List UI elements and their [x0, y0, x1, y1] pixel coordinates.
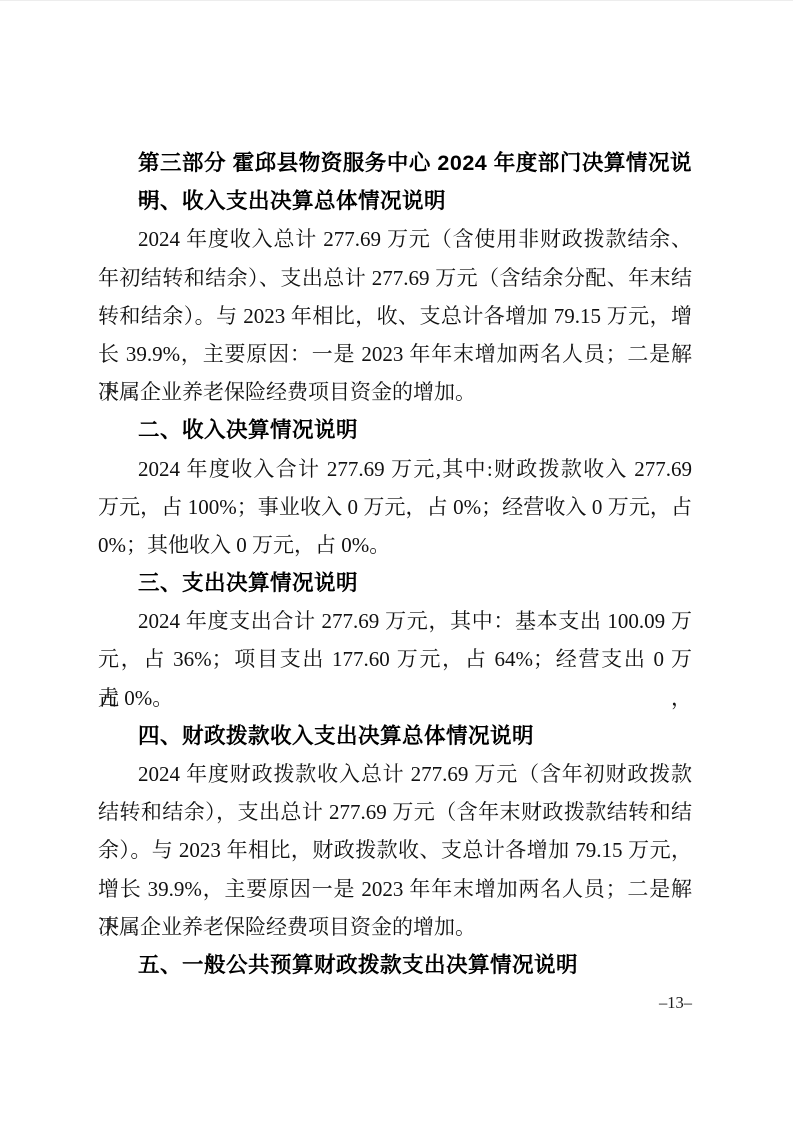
paragraph-line: 0%；其他收入 0 万元，占 0%。 [98, 526, 692, 564]
paragraph-line: 增长 39.9%，主要原因一是 2023 年年末增加两名人员；二是解决 [98, 870, 692, 908]
paragraph-line: 年初结转和结余）、支出总计 277.69 万元（含结余分配、年末结 [98, 259, 692, 297]
paragraph-line: 2024 年度收入总计 277.69 万元（含使用非财政拨款结余、 [98, 220, 692, 258]
paragraph-line: 2024 年度支出合计 277.69 万元，其中：基本支出 100.09 万 [98, 602, 692, 640]
paragraph-line: 下属企业养老保险经费项目资金的增加。 [98, 908, 692, 946]
document-page: { "page": { "number": "–13–" }, "documen… [0, 0, 793, 1122]
paragraph-line: 余）。与 2023 年相比，财政拨款收、支总计各增加 79.15 万元， [98, 831, 692, 869]
paragraph-line: 2024 年度收入合计 277.69 万元,其中:财政拨款收入 277.69 [98, 450, 692, 488]
paragraph-line: 转和结余）。与 2023 年相比，收、支总计各增加 79.15 万元，增 [98, 297, 692, 335]
paragraph-line: 元，占 36%；项目支出 177.60 万元，占 64%；经营支出 0 万元， [98, 640, 692, 678]
paragraph-line: 结转和结余），支出总计 277.69 万元（含年末财政拨款结转和结 [98, 793, 692, 831]
paragraph-line: 长 39.9%，主要原因：一是 2023 年年末增加两名人员；二是解决 [98, 335, 692, 373]
document-title: 第三部分 霍邱县物资服务中心 2024 年度部门决算情况说明 [98, 144, 692, 182]
paragraph-line: 下属企业养老保险经费项目资金的增加。 [98, 373, 692, 411]
document-body: 第三部分 霍邱县物资服务中心 2024 年度部门决算情况说明 一、收入支出决算总… [98, 144, 692, 984]
section-5-heading: 五、一般公共预算财政拨款支出决算情况说明 [98, 946, 692, 984]
page-number: –13– [659, 993, 692, 1013]
section-1-heading: 一、收入支出决算总体情况说明 [98, 182, 692, 220]
section-3-heading: 三、支出决算情况说明 [98, 564, 692, 602]
paragraph-line: 2024 年度财政拨款收入总计 277.69 万元（含年初财政拨款 [98, 755, 692, 793]
paragraph-line: 万元，占 100%；事业收入 0 万元，占 0%；经营收入 0 万元，占 [98, 488, 692, 526]
section-4-heading: 四、财政拨款收入支出决算总体情况说明 [98, 717, 692, 755]
section-2-heading: 二、收入决算情况说明 [98, 411, 692, 449]
